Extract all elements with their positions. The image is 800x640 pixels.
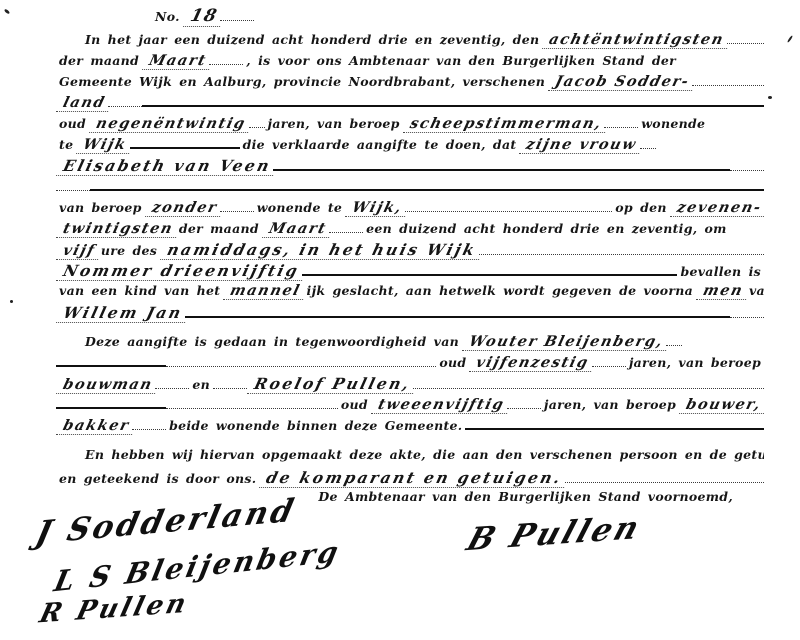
dotted-fill bbox=[479, 241, 764, 255]
ink-speck bbox=[768, 96, 772, 99]
rule-line bbox=[302, 263, 678, 276]
printed-text: En hebben wij hiervan opgemaakt deze akt… bbox=[82, 447, 764, 462]
form-line-closing1: En hebben wij hiervan opgemaakt deze akt… bbox=[56, 447, 764, 468]
printed-text: jaren, van beroep bbox=[626, 355, 764, 370]
printed-text: wonende te bbox=[254, 200, 346, 215]
dotted-fill bbox=[730, 157, 764, 171]
printed-text: Deze aangifte is gedaan in tegenwoordigh… bbox=[82, 334, 462, 349]
rule-line bbox=[56, 396, 166, 409]
printed-text: bevallen is bbox=[677, 264, 764, 279]
printed-text: jaren, van beroep bbox=[541, 397, 679, 412]
form-line-mother-profession: van beroep zonder wonende te Wijk, op de… bbox=[56, 198, 764, 219]
declarant-name-continued: land bbox=[56, 94, 112, 112]
printed-text: der maand bbox=[56, 53, 142, 68]
printed-text: , is voor ons Ambtenaar van den Burgerli… bbox=[243, 53, 679, 68]
signature-officer: B Pullen bbox=[462, 510, 646, 559]
form-line-mother-name: Elisabeth van Veen bbox=[56, 156, 764, 177]
dotted-fill bbox=[155, 375, 189, 389]
printed-text: jaren, van beroep bbox=[265, 116, 403, 131]
form-line-witnesses-intro: Deze aangifte is gedaan in tegenwoordigh… bbox=[56, 332, 764, 353]
relation-to-mother: zijne vrouw bbox=[519, 136, 644, 154]
form-line-year: In het jaar een duizend acht honderd dri… bbox=[56, 30, 764, 51]
act-number-label: No. bbox=[152, 9, 183, 24]
rule-line bbox=[56, 354, 166, 367]
dotted-fill bbox=[213, 375, 247, 389]
form-line-closing2: en geteekend is door ons. de komparant e… bbox=[56, 468, 764, 489]
printed-text: op den bbox=[612, 200, 670, 215]
rule-line bbox=[130, 136, 240, 149]
dotted-fill bbox=[329, 219, 363, 233]
birth-day-part1: zevenen- bbox=[670, 199, 764, 217]
witness1-name: Wouter Bleijenberg, bbox=[462, 333, 671, 351]
printed-text: oud bbox=[56, 116, 89, 131]
declarant-name: Jacob Sodder- bbox=[548, 73, 697, 91]
witness2-name: Roelof Pullen, bbox=[247, 374, 418, 394]
form-line-age-profession: oud negenëntwintig jaren, van beroep sch… bbox=[56, 114, 764, 135]
dotted-fill bbox=[108, 93, 142, 107]
dotted-fill bbox=[727, 30, 764, 44]
form-line-residence: te Wijk die verklaarde aangifte te doen,… bbox=[56, 135, 764, 156]
printed-text: ijk geslacht, aan hetwelk wordt gegeven … bbox=[304, 283, 697, 298]
birth-month: Maart bbox=[262, 220, 334, 238]
printed-text: der maand bbox=[176, 221, 262, 236]
dotted-fill bbox=[220, 7, 254, 21]
rule-line bbox=[90, 178, 764, 191]
printed-text: wonende bbox=[638, 116, 708, 131]
rule-line bbox=[142, 94, 764, 107]
birth-time-and-house: namiddags, in het huis Wijk bbox=[160, 240, 484, 260]
mother-residence: Wijk, bbox=[345, 199, 409, 217]
handwritten-correction: men bbox=[696, 282, 750, 300]
form-line-child-name: Willem Jan bbox=[56, 303, 764, 324]
dotted-fill bbox=[692, 72, 764, 86]
birth-hour: vijf bbox=[56, 242, 102, 260]
printed-text: In het jaar een duizend acht honderd dri… bbox=[82, 32, 542, 47]
dotted-fill bbox=[507, 395, 541, 409]
form-line-name-continued: land bbox=[56, 93, 764, 114]
form-line-witness-residence: bakker beide wonende binnen deze Gemeent… bbox=[56, 416, 764, 437]
ink-speck bbox=[4, 8, 11, 14]
printed-text: van een kind van het bbox=[56, 283, 223, 298]
printed-text: en geteekend is door ons. bbox=[56, 471, 259, 486]
day-of-declaration: achtëntwintigsten bbox=[542, 31, 731, 49]
dotted-fill bbox=[220, 198, 254, 212]
printed-text: van beroep bbox=[56, 200, 145, 215]
house-number: Nommer drieenvijftig bbox=[56, 261, 307, 281]
rule-line bbox=[273, 158, 730, 171]
declarant-residence: Wijk bbox=[76, 136, 134, 154]
child-name: Willem Jan bbox=[56, 303, 190, 323]
signature-block: J Sodderland B Pullen L S Bleijenberg R … bbox=[0, 500, 800, 640]
form-line-blank-rule bbox=[56, 177, 764, 198]
printed-text: en bbox=[189, 377, 213, 392]
declarant-age: negenëntwintig bbox=[89, 115, 253, 133]
witness1-profession: bouwman bbox=[56, 376, 160, 394]
printed-text: oud bbox=[436, 355, 469, 370]
signing-parties-note: de komparant en getuigen. bbox=[259, 468, 569, 488]
dotted-fill bbox=[604, 114, 638, 128]
printed-text: oud bbox=[338, 397, 371, 412]
form-line-child-gender: van een kind van het mannel ijk geslacht… bbox=[56, 282, 764, 303]
mother-profession: zonder bbox=[145, 199, 225, 217]
printed-text: die verklaarde aangifte te doen, dat bbox=[240, 137, 520, 152]
child-gender: mannel bbox=[223, 282, 308, 300]
form-line-witness2-name: bouwman en Roelof Pullen, bbox=[56, 374, 764, 395]
printed-text: een duizend acht honderd drie en zeventi… bbox=[363, 221, 730, 236]
printed-text: te bbox=[56, 137, 76, 152]
birth-certificate-scan: No. 18 In het jaar een duizend acht hond… bbox=[0, 0, 800, 640]
witness2-profession: bouwer, bbox=[679, 396, 764, 414]
dotted-fill bbox=[166, 395, 338, 409]
printed-text: ure des bbox=[98, 243, 160, 258]
rule-line bbox=[185, 305, 730, 318]
form-line-house-number: Nommer drieenvijftig bevallen is bbox=[56, 261, 764, 282]
ink-speck bbox=[787, 35, 793, 43]
dotted-fill bbox=[413, 375, 764, 389]
dotted-fill bbox=[56, 177, 90, 191]
form-line-birth-date: twintigsten der maand Maart een duizend … bbox=[56, 219, 764, 240]
dotted-fill bbox=[209, 51, 243, 65]
rule-line bbox=[465, 417, 764, 430]
form-line-witness1-age: oud vijfenzestig jaren, van beroep bbox=[56, 353, 764, 374]
dotted-fill bbox=[166, 353, 436, 367]
ink-speck bbox=[10, 300, 13, 303]
witness2-age: tweeenvijftig bbox=[371, 396, 511, 414]
form-line-municipality: Gemeente Wijk en Aalburg, provincie Noor… bbox=[56, 72, 764, 93]
form-line-birth-time: vijf ure des namiddags, in het huis Wijk bbox=[56, 240, 764, 261]
form-line-month: der maand Maart , is voor ons Ambtenaar … bbox=[56, 51, 764, 72]
form-line-witness2-age: oud tweeenvijftig jaren, van beroep bouw… bbox=[56, 395, 764, 416]
mother-name: Elisabeth van Veen bbox=[56, 156, 278, 176]
month-of-declaration: Maart bbox=[142, 52, 214, 70]
printed-text: beide wonende binnen deze Gemeente. bbox=[166, 418, 465, 433]
dotted-fill bbox=[730, 304, 764, 318]
dotted-fill bbox=[565, 469, 764, 483]
witness-profession-continued: bakker bbox=[56, 417, 137, 435]
printed-text: Gemeente Wijk en Aalburg, provincie Noor… bbox=[56, 74, 548, 89]
act-number-value: 18 bbox=[183, 6, 225, 27]
dotted-fill bbox=[592, 353, 626, 367]
dotted-fill bbox=[132, 416, 166, 430]
dotted-fill bbox=[405, 198, 612, 212]
declarant-profession: scheepstimmerman, bbox=[403, 115, 609, 133]
birth-day-part2: twintigsten bbox=[56, 220, 180, 238]
act-number-line: No. 18 bbox=[152, 6, 764, 30]
witness1-age: vijfenzestig bbox=[469, 354, 596, 372]
